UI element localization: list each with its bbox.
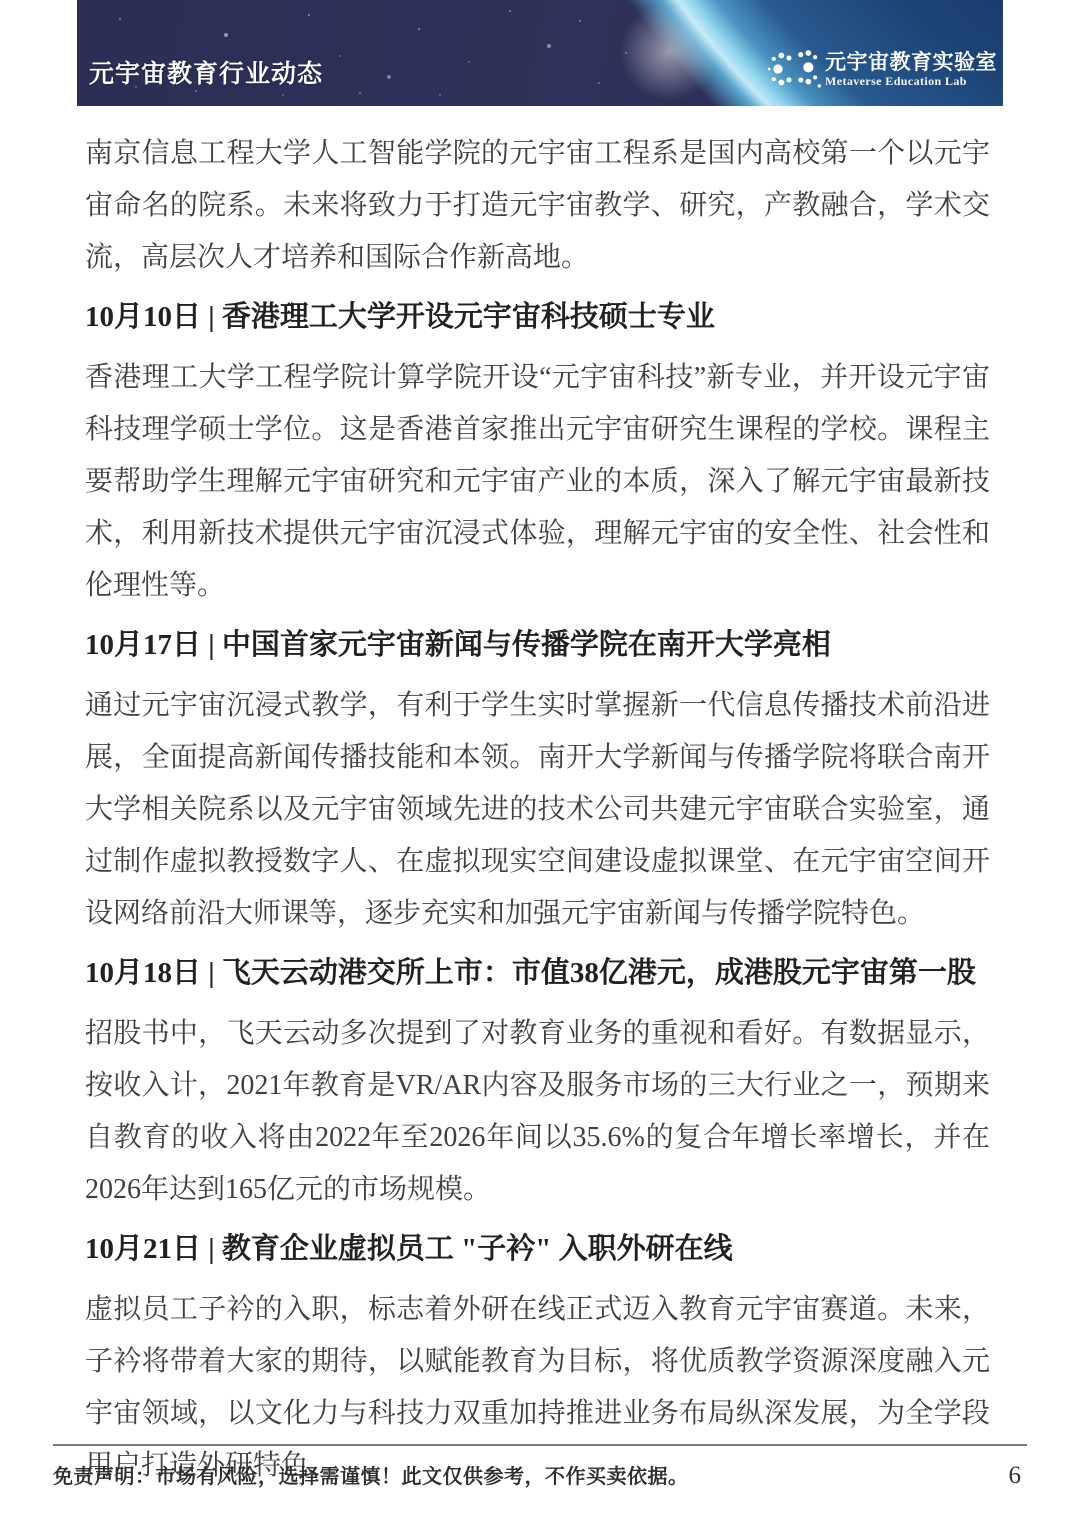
header-title: 元宇宙教育行业动态 [89, 54, 323, 90]
paragraph-polyu: 香港理工大学工程学院计算学院开设“元宇宙科技”新专业，并开设元宇宙科技理学硕士学… [85, 352, 990, 612]
footer-row: 免责声明：市场有风险，选择需谨慎！此文仅供参考，不作买卖依据。 6 [53, 1460, 1027, 1490]
document-page: 元宇宙教育行业动态 [0, 0, 1080, 1492]
disclaimer-text: 免责声明：市场有风险，选择需谨慎！此文仅供参考，不作买卖依据。 [53, 1460, 689, 1489]
dots-cluster-logo-icon [767, 46, 821, 92]
logo-name: 元宇宙教育实验室 [825, 50, 997, 74]
section-heading-oct17: 10月17日 | 中国首家元宇宙新闻与传播学院在南开大学亮相 [85, 626, 990, 664]
page-footer: 免责声明：市场有风险，选择需谨慎！此文仅供参考，不作买卖依据。 6 [0, 1444, 1080, 1490]
footer-divider [53, 1444, 1027, 1446]
paragraph-nankai: 通过元宇宙沉浸式教学，有利于学生实时掌握新一代信息传播技术前沿进展，全面提高新闻… [85, 680, 990, 940]
logo-text-block: 元宇宙教育实验室 Metaverse Education Lab [825, 50, 997, 89]
page-header-banner: 元宇宙教育行业动态 [77, 0, 1003, 106]
logo: 元宇宙教育实验室 Metaverse Education Lab [767, 46, 997, 92]
logo-subtitle: Metaverse Education Lab [825, 74, 997, 89]
section-heading-oct21: 10月21日 | 教育企业虚拟员工 "子衿" 入职外研在线 [85, 1230, 990, 1268]
page-number: 6 [1009, 1462, 1028, 1490]
section-heading-oct10: 10月10日 | 香港理工大学开设元宇宙科技硕士专业 [85, 298, 990, 336]
paragraph-nuist: 南京信息工程大学人工智能学院的元宇宙工程系是国内高校第一个以元宇宙命名的院系。未… [85, 128, 990, 284]
paragraph-feitian: 招股书中，飞天云动多次提到了对教育业务的重视和看好。有数据显示，按收入计，202… [85, 1008, 990, 1216]
article-body: 南京信息工程大学人工智能学院的元宇宙工程系是国内高校第一个以元宇宙命名的院系。未… [85, 128, 990, 1492]
section-heading-oct18: 10月18日 | 飞天云动港交所上市：市值38亿港元，成港股元宇宙第一股 [85, 954, 990, 992]
stars-decoration [77, 0, 79, 2]
